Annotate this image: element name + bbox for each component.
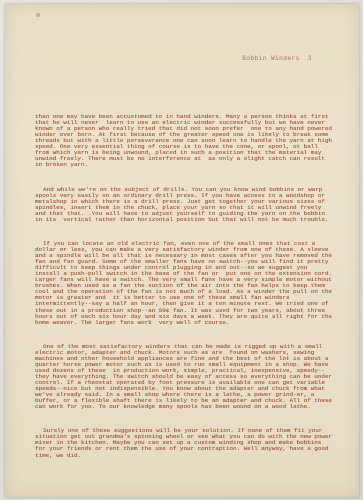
paragraph: Surely one of these suggestions will be …	[35, 428, 333, 458]
paragraph: One of the most satisfactory winders tha…	[35, 344, 333, 411]
paper-page: Bobbin Winders 3 than one may have been …	[5, 4, 359, 497]
page-body: than one may have been accustomed to in …	[35, 102, 333, 477]
paragraph: If you can locate an old electric fan, e…	[35, 241, 333, 326]
scanned-document: Bobbin Winders 3 than one may have been …	[0, 0, 363, 500]
paragraph: And while we're on the subject of drills…	[35, 187, 333, 223]
paragraph: than one may have been accustomed to in …	[35, 114, 333, 168]
scan-speck	[36, 13, 40, 17]
page-header: Bobbin Winders 3	[5, 55, 312, 62]
